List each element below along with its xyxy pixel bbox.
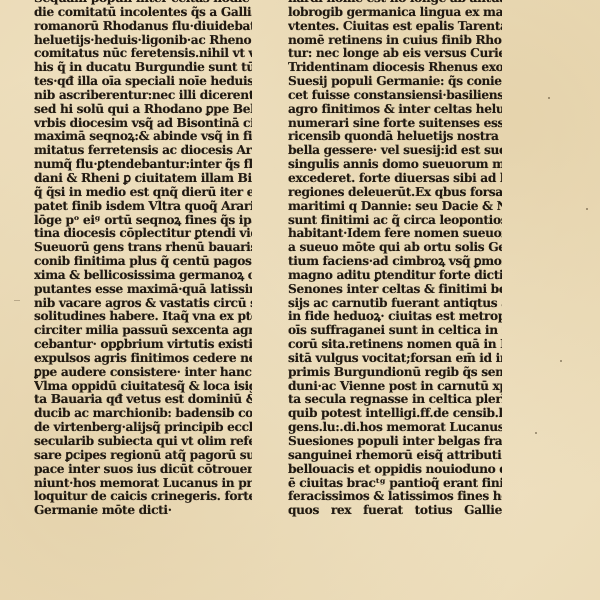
text-line: excederet. forte diuersas sibi ad habita… [288, 172, 502, 186]
text-line: tium faciens·ad cimbroꝝ vsq̃ ꝑmontorum [288, 255, 502, 269]
text-line: bella gessere· vel suesij:id est sueni:n… [288, 144, 502, 158]
text-line: ta secula regnasse in celtica plerīq̃ tr… [288, 393, 502, 407]
text-line: primis Burgundionū regib q̃s senonis lug [288, 366, 502, 380]
text-line: numq̃ flu·ꝑtendebantur:inter q̃s flu·Rho… [34, 158, 252, 172]
text-line: heluetijs·heduis·ligonib·ac Rheno ꝓfines [34, 34, 252, 48]
text-line: romanorū Rhodanus flu·diuidebat finitimi [34, 20, 252, 34]
text-line: sitā vulgus vocitat;forsan em̄ id inoleu… [288, 352, 502, 366]
text-line: Suesij populi Germanie: q̃s coniecturari… [288, 75, 502, 89]
left-text-column: Sequani populi inter celtas hodie Burgun… [34, 0, 252, 518]
text-line: lobrogib germanica lingua ex magna pte [288, 6, 502, 20]
text-line: magno aditu ꝑtenditur forte dicti. [288, 269, 502, 283]
text-line: circiter milia passuū sexcenta agri vaca… [34, 324, 252, 338]
text-line: patet finib isdem Vltra quoq̃ Arari flu·… [34, 200, 252, 214]
text-line: q̃ q̃si in medio est qnq̃ dierū iter exp… [34, 186, 252, 200]
text-line: agro finitimos & inter celtas heluetiosq… [288, 103, 502, 117]
text-line: ta Bauaria qđ vetus est dominiū & Austri… [34, 393, 252, 407]
text-line: mitatus ferretensis ac diocesis Argentin… [34, 144, 252, 158]
text-line: cebantur· opꝑbrium virtutis existimantes [34, 338, 252, 352]
text-line: quos rex fuerat totius Gallie [288, 504, 502, 518]
text-line: Germanie mōte dicti· [34, 504, 252, 518]
text-line: Sueuorū gens trans rhenū bauaris & fran- [34, 241, 252, 255]
text-line: sed hi solū qui a Rhodano ꝑpe Bellicensi… [34, 103, 252, 117]
text-line: gens.lu:.di.hos memorat Lucanus in ꝑmo. [288, 421, 502, 435]
text-line: sunt finitimi ac q̃ circa leopontios rhe… [288, 214, 502, 228]
text-line: dani & Rheni ꝑ ciuitatem illam Bisontina… [34, 172, 252, 186]
paper-speck [560, 360, 562, 362]
text-line: numerari sine forte suitenses esse: qui … [288, 117, 502, 131]
text-line: oīs suffraganei sunt in celtica in regno… [288, 324, 502, 338]
manuscript-page: Sequani populi inter celtas hodie Burgun… [0, 0, 600, 600]
text-line: maximā seqnoꝝ:& abinde vsq̃ in fines co- [34, 130, 252, 144]
text-line: ꝑpe audere consistere· inter hanc gentē … [34, 366, 252, 380]
text-line: xima & bellicosissima germanoꝝ oīm laudē [34, 269, 252, 283]
text-line: nib vacare agros & vastatis circū se fin… [34, 297, 252, 311]
paper-speck [586, 208, 588, 210]
text-line: loquitur de caicis crinegeris. forte a s… [34, 490, 252, 504]
text-line: regiones deleuerūt.Ex qbus forsan sunt i… [288, 186, 502, 200]
text-line: die comitatū incolentes q̃s a Gallia ꝓui… [34, 6, 252, 20]
text-line: vrbis diocesim vsq̃ ad Bisontinā ciuitat… [34, 117, 252, 131]
text-line: secularib subiecta qui vt olim referente… [34, 435, 252, 449]
text-line: comitatus nūc feretensis.nihil vt videtu… [34, 47, 252, 61]
text-line: tes·qđ illa oīa speciali noīe heduis & l… [34, 75, 252, 89]
text-line: sanguinei rhemorū eisq̃ attributi: quib … [288, 449, 502, 463]
text-line: ē ciuitas bracᵗᵍ pantioq̃ erant finitimi… [288, 477, 502, 491]
text-line: a sueuo mōte qui ab ortu solis Germanie … [288, 241, 502, 255]
paper-speck [548, 97, 550, 99]
text-line: tina diocesis cōplectitur ꝑtendi videbāt… [34, 227, 252, 241]
text-line: singulis annis domo sueuorum media pars [288, 158, 502, 172]
text-line: conib finitima plus q̃ centū pagos hn̄s … [34, 255, 252, 269]
text-line: niunt·hos memorat Lucanus in primo Dū [34, 477, 252, 491]
text-line: corū sita.retinens nomen quā in Burgundi… [288, 338, 502, 352]
text-line: Vlma oppidū ciuitatesq̃ & loca isignia m… [34, 380, 252, 394]
text-line: feracissimos & latissimos fines hēbat: a… [288, 490, 502, 504]
text-line: ducib ac marchionib: badensib comitibus [34, 407, 252, 421]
text-line: habitant·Idem fere nomen sueuoꝝ habentes [288, 227, 502, 241]
text-line: duni·ac Vienne post in carnutū xp̄m ꝑ mu… [288, 380, 502, 394]
text-line: bellouacis et oppidis nouioduno qđ hodie [288, 463, 502, 477]
text-line: nib ascriberentur:nec illi dicerentur se… [34, 89, 252, 103]
text-line: sare ꝑcipes regionū atq̃ pagorū sunt & i… [34, 449, 252, 463]
text-line: cet fuisse constansiensi·basiliensi: ac … [288, 89, 502, 103]
text-line: pace inter suos ius dicūt cōtrouersiasq̃… [34, 463, 252, 477]
text-line: ricensib quondā heluetijs nostra memoria [288, 130, 502, 144]
text-line: Suesiones populi inter belgas fratres & … [288, 435, 502, 449]
paper-mark [14, 300, 20, 301]
text-line: expulsos agris finitimos cedere neq̃ que… [34, 352, 252, 366]
text-line: Senones inter celtas & finitimi belgis p… [288, 283, 502, 297]
right-text-column: nardi nomē est nō longe ab antuatib & al… [288, 0, 502, 518]
text-line: his q̃ in ducatu Burgundie sunt tūc poss… [34, 61, 252, 75]
text-line: maritimi q Dannie: seu Dacie & Noruegie [288, 200, 502, 214]
paper-speck [535, 432, 537, 434]
text-line: de virtenberg·alijsq̃ principib eccl'ias… [34, 421, 252, 435]
text-line: solitudines habere. Itaq̃ vna ex pte ab … [34, 310, 252, 324]
text-line: quib potest intelligi.ff.de censib.l.fi.… [288, 407, 502, 421]
text-line: sijs ac carnutib fuerant antiqtus an̄ Ce… [288, 297, 502, 311]
text-line: in fide heduoꝝ· ciuitas est metropolis c… [288, 310, 502, 324]
text-line: Tridentinam diocesis Rhenus exoritur. [288, 61, 502, 75]
text-line: putantes esse maximā·quā latissime a sui… [34, 283, 252, 297]
text-line: vtentes. Ciuitas est epalis Tarentasie l… [288, 20, 502, 34]
text-line: nomē retinens in cuius finib Rhodanus or… [288, 34, 502, 48]
text-line: tur: nec longe ab eis versus Curiensem· … [288, 47, 502, 61]
text-line: lōge pᵒ eiᵍ ortū seqnoꝝ fines q̃s ipa bi… [34, 214, 252, 228]
